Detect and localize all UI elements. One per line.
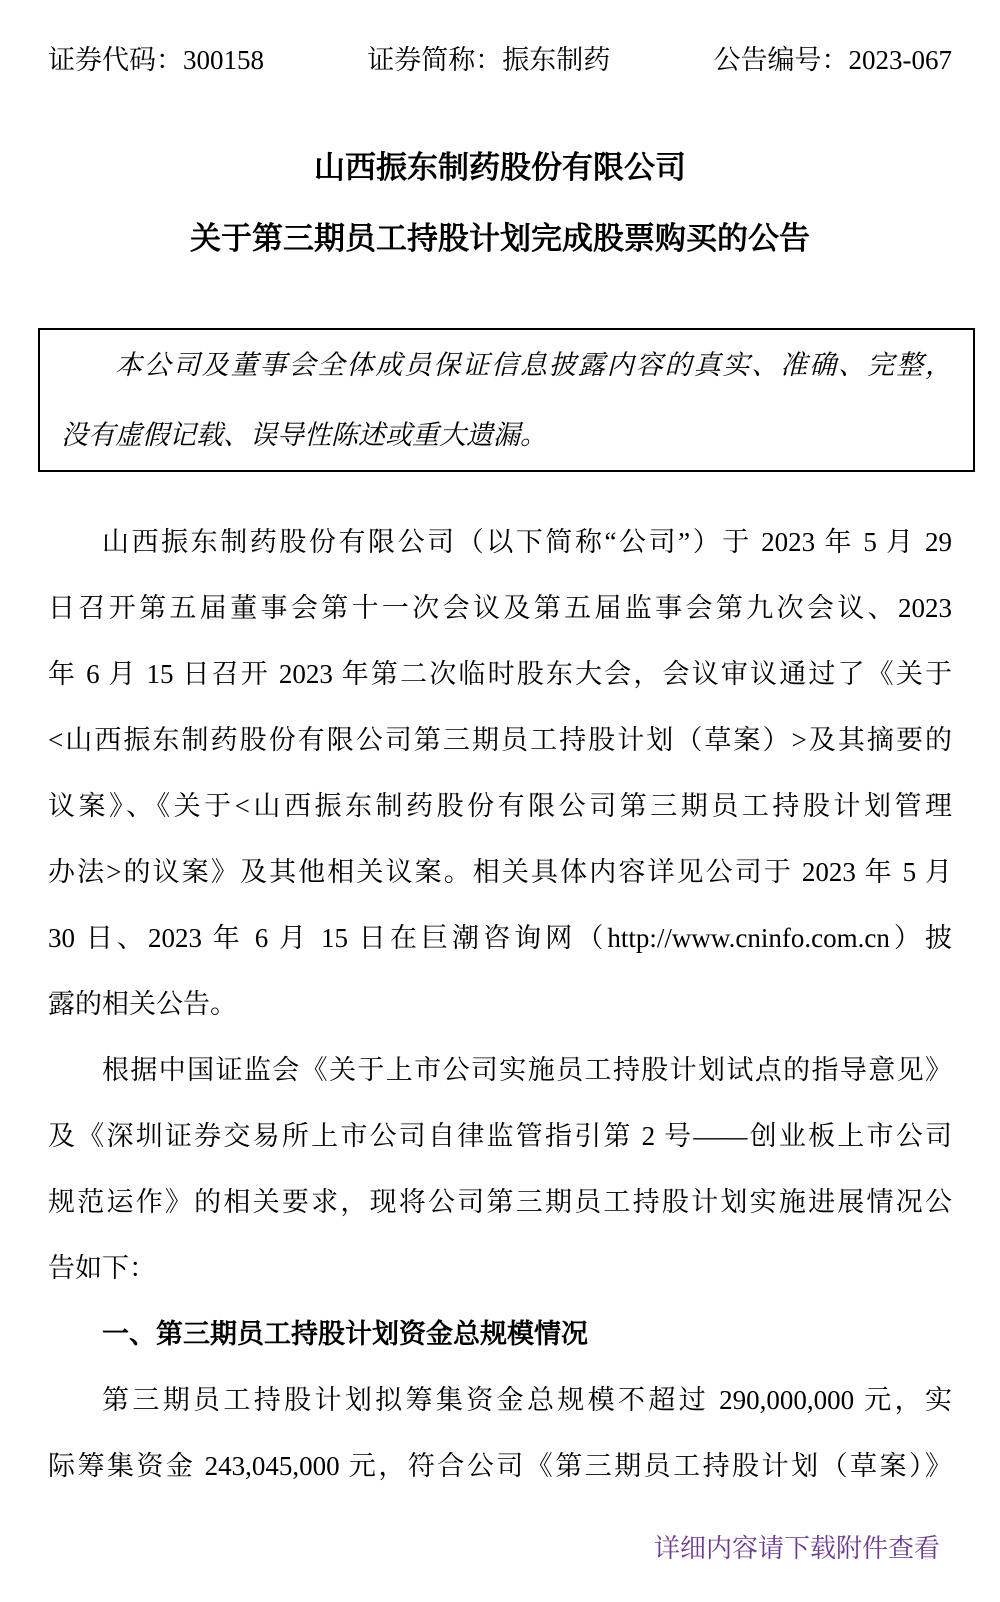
text-line: 30 日、2023 年 6 月 15 日在巨潮咨询网（http://www.cn… <box>48 905 952 971</box>
announcement-number: 公告编号：2023-067 <box>714 44 953 76</box>
title-block: 山西振东制药股份有限公司 关于第三期员工持股计划完成股票购买的公告 <box>48 132 952 274</box>
text-line: 露的相关公告。 <box>48 971 952 1037</box>
body-text: 山西振东制药股份有限公司（以下简称“公司”）于 2023 年 5 月 29日召开… <box>48 509 952 1499</box>
text-line: 办法>的议案》及其他相关议案。相关具体内容详见公司于 2023 年 5 月 <box>48 839 952 905</box>
text-line: 年 6 月 15 日召开 2023 年第二次临时股东大会，会议审议通过了《关于 <box>48 641 952 707</box>
section-heading: 一、第三期员工持股计划资金总规模情况 <box>48 1301 952 1367</box>
announcement-number-value: 2023-067 <box>849 45 953 75</box>
announcement-number-label: 公告编号： <box>714 45 849 75</box>
text-line: 没有虚假记载、误导性陈述或重大遗漏。 <box>61 400 952 470</box>
text-line: 山西振东制药股份有限公司（以下简称“公司”）于 2023 年 5 月 29 <box>48 509 952 575</box>
disclosure-notice-box: 本公司及董事会全体成员保证信息披露内容的真实、准确、完整，没有虚假记载、误导性陈… <box>38 328 975 472</box>
text-line: 日召开第五届董事会第十一次会议及第五届监事会第九次会议、2023 <box>48 575 952 641</box>
stock-name-label: 证券简称： <box>367 45 502 75</box>
announcement-title: 关于第三期员工持股计划完成股票购买的公告 <box>48 203 952 274</box>
text-line: 规范运作》的相关要求，现将公司第三期员工持股计划实施进展情况公 <box>48 1169 952 1235</box>
text-line: 际筹集资金 243,045,000 元，符合公司《第三期员工持股计划（草案）》 <box>48 1433 952 1499</box>
announcement-document: 证券代码：300158 证券简称：振东制药 公告编号：2023-067 山西振东… <box>0 0 1000 1602</box>
text-line: <山西振东制药股份有限公司第三期员工持股计划（草案）>及其摘要的 <box>48 707 952 773</box>
stock-code-value: 300158 <box>183 45 264 75</box>
text-line: 根据中国证监会《关于上市公司实施员工持股计划试点的指导意见》 <box>48 1037 952 1103</box>
stock-name-value: 振东制药 <box>502 45 610 75</box>
text-line: 本公司及董事会全体成员保证信息披露内容的真实、准确、完整， <box>61 330 952 400</box>
stock-code-label: 证券代码： <box>48 45 183 75</box>
attachment-note: 详细内容请下载附件查看 <box>48 1531 952 1565</box>
company-name-title: 山西振东制药股份有限公司 <box>48 132 952 203</box>
text-line: 议案》、《关于<山西振东制药股份有限公司第三期员工持股计划管理 <box>48 773 952 839</box>
text-line: 告如下： <box>48 1235 952 1301</box>
stock-code: 证券代码：300158 <box>48 44 264 76</box>
text-line: 第三期员工持股计划拟筹集资金总规模不超过 290,000,000 元，实 <box>48 1367 952 1433</box>
document-header: 证券代码：300158 证券简称：振东制药 公告编号：2023-067 <box>48 44 952 76</box>
stock-name: 证券简称：振东制药 <box>367 44 610 76</box>
text-line: 及《深圳证券交易所上市公司自律监管指引第 2 号——创业板上市公司 <box>48 1103 952 1169</box>
